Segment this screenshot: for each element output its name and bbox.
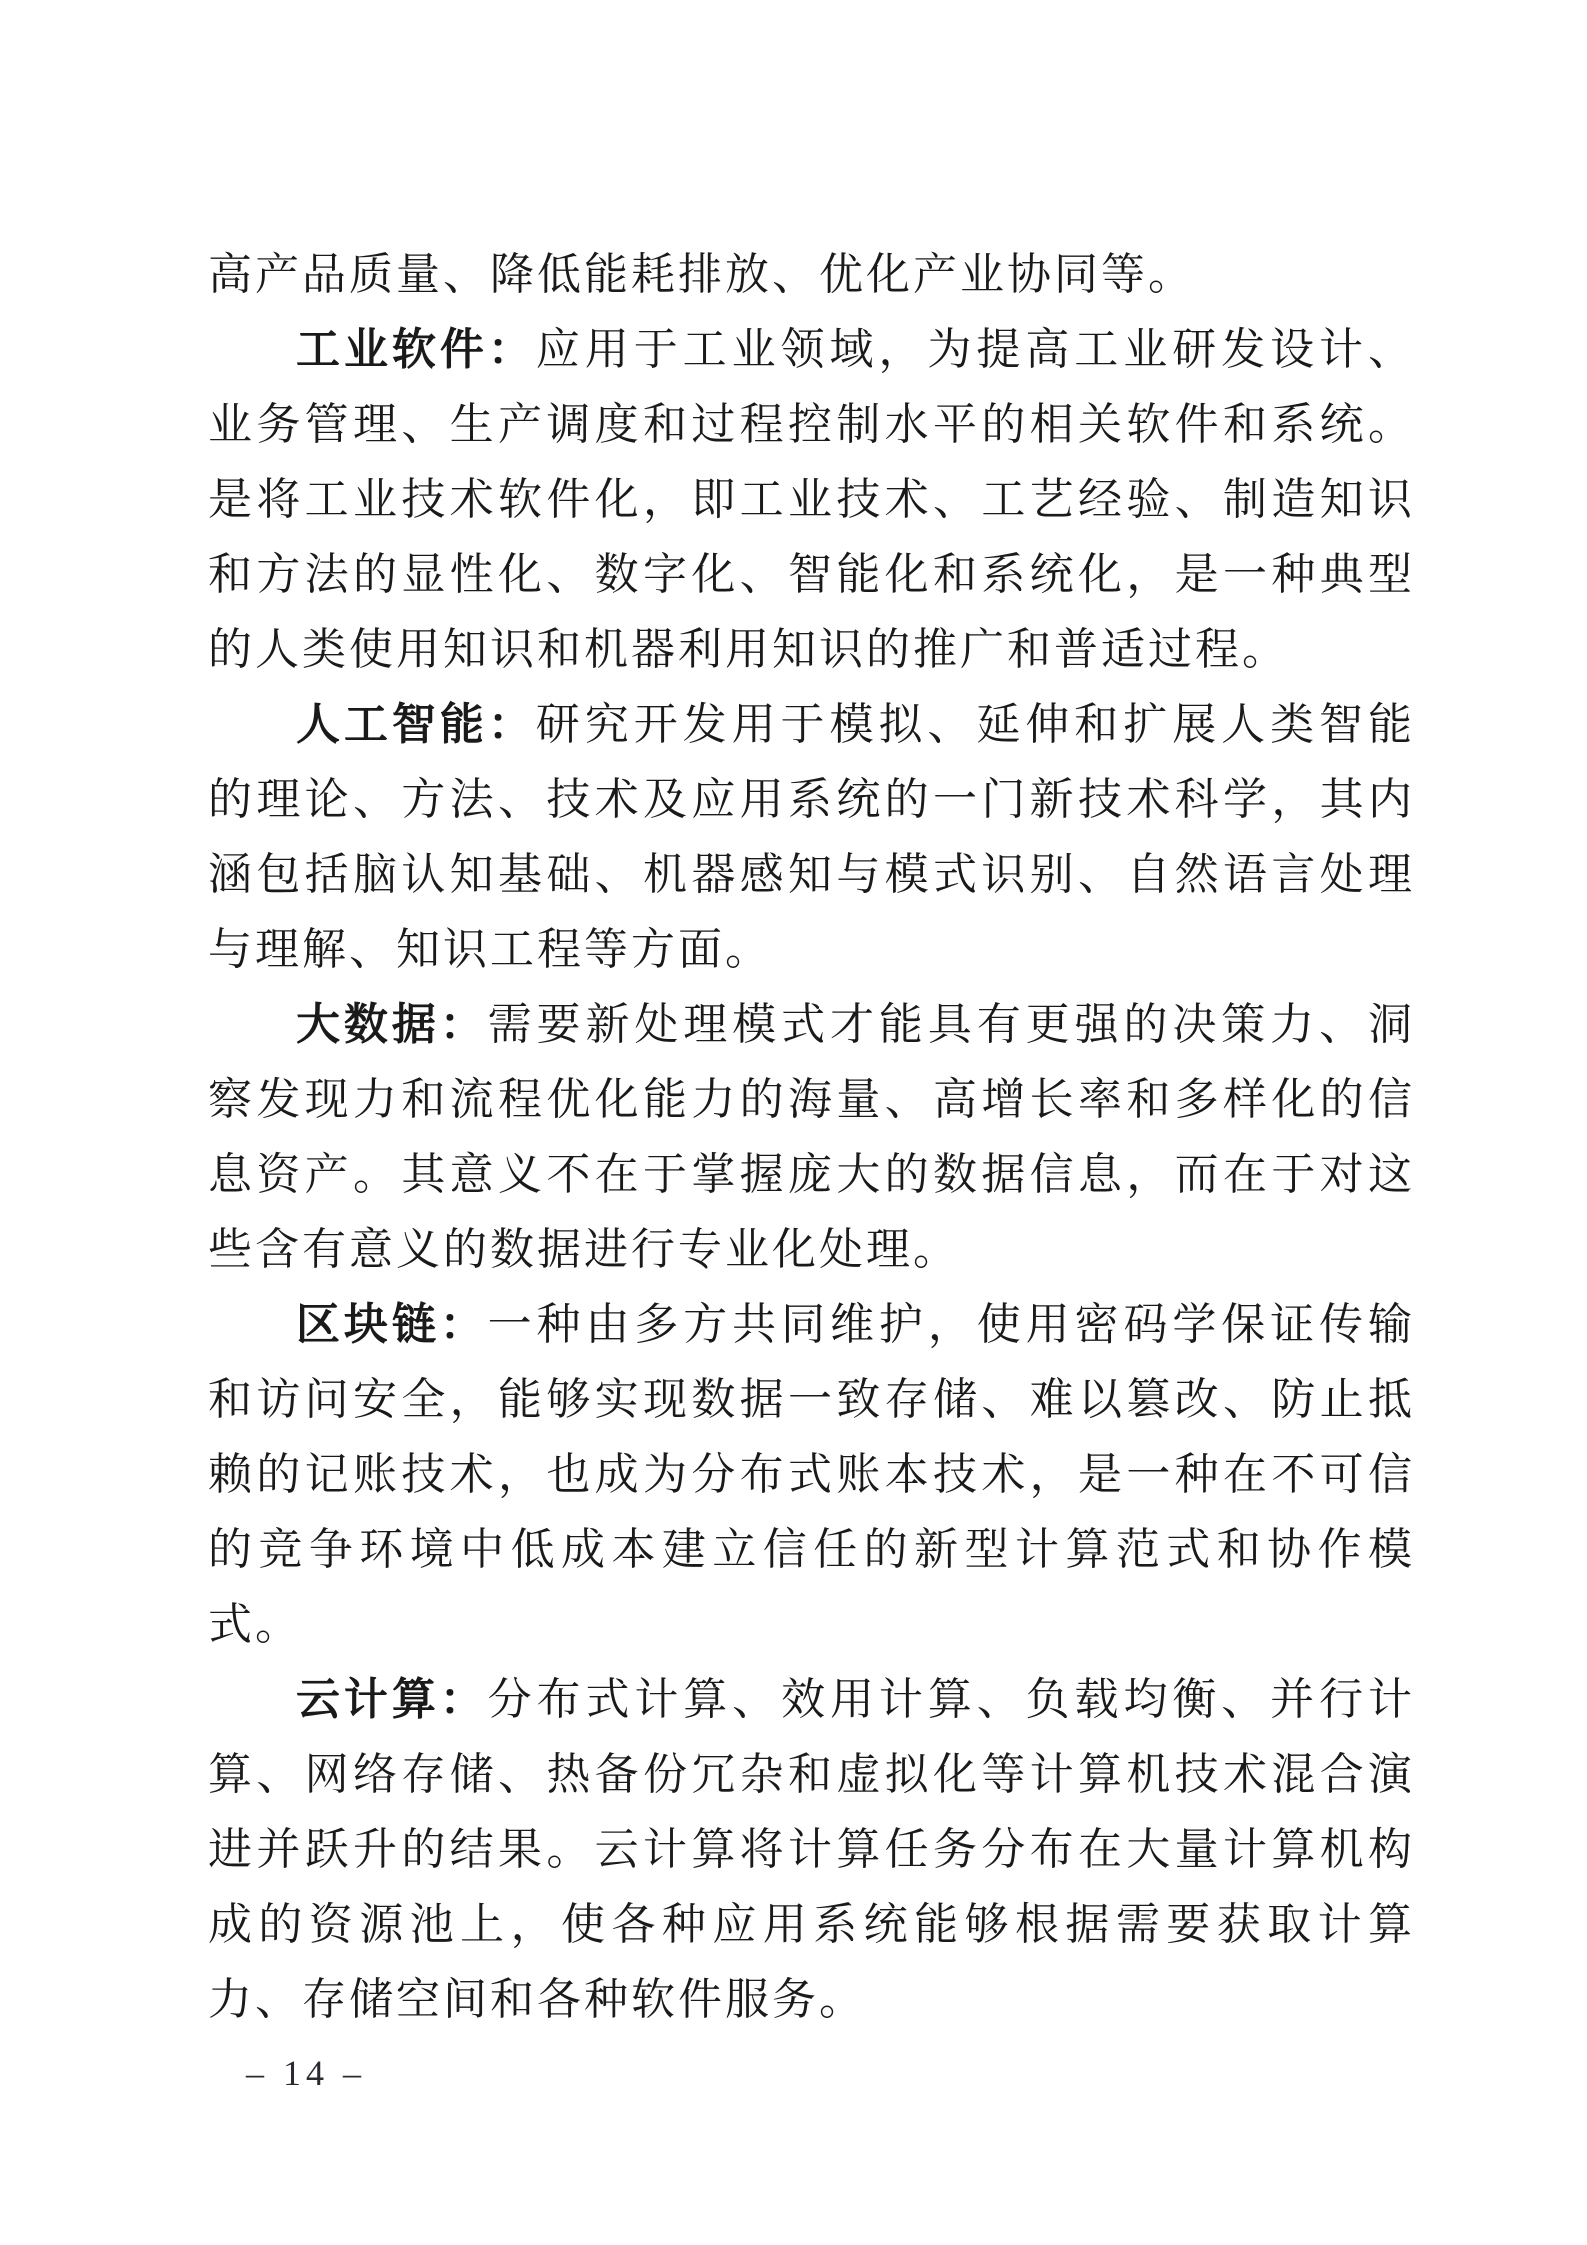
document-page: 高产品质量、降低能耗排放、优化产业协同等。工业软件：应用于工业领域，为提高工业研… [0, 0, 1587, 2245]
paragraph: 工业软件：应用于工业领域，为提高工业研发设计、业务管理、生产调度和过程控制水平的… [208, 312, 1415, 687]
term-label: 工业软件： [296, 325, 536, 374]
paragraph: 云计算：分布式计算、效用计算、负载均衡、并行计算、网络存储、热备份冗杂和虚拟化等… [208, 1662, 1415, 2037]
term-label: 区块链： [296, 1300, 488, 1349]
term-label: 人工智能： [296, 700, 536, 749]
paragraph: 区块链：一种由多方共同维护，使用密码学保证传输和访问安全，能够实现数据一致存储、… [208, 1287, 1415, 1662]
paragraph: 高产品质量、降低能耗排放、优化产业协同等。 [208, 237, 1415, 312]
document-body: 高产品质量、降低能耗排放、优化产业协同等。工业软件：应用于工业领域，为提高工业研… [208, 237, 1415, 2037]
paragraph: 人工智能：研究开发用于模拟、延伸和扩展人类智能的理论、方法、技术及应用系统的一门… [208, 687, 1415, 987]
term-label: 云计算： [296, 1675, 488, 1724]
term-label: 大数据： [296, 1000, 488, 1049]
page-number: – 14 – [246, 2052, 366, 2094]
paragraph: 大数据：需要新处理模式才能具有更强的决策力、洞察发现力和流程优化能力的海量、高增… [208, 987, 1415, 1287]
